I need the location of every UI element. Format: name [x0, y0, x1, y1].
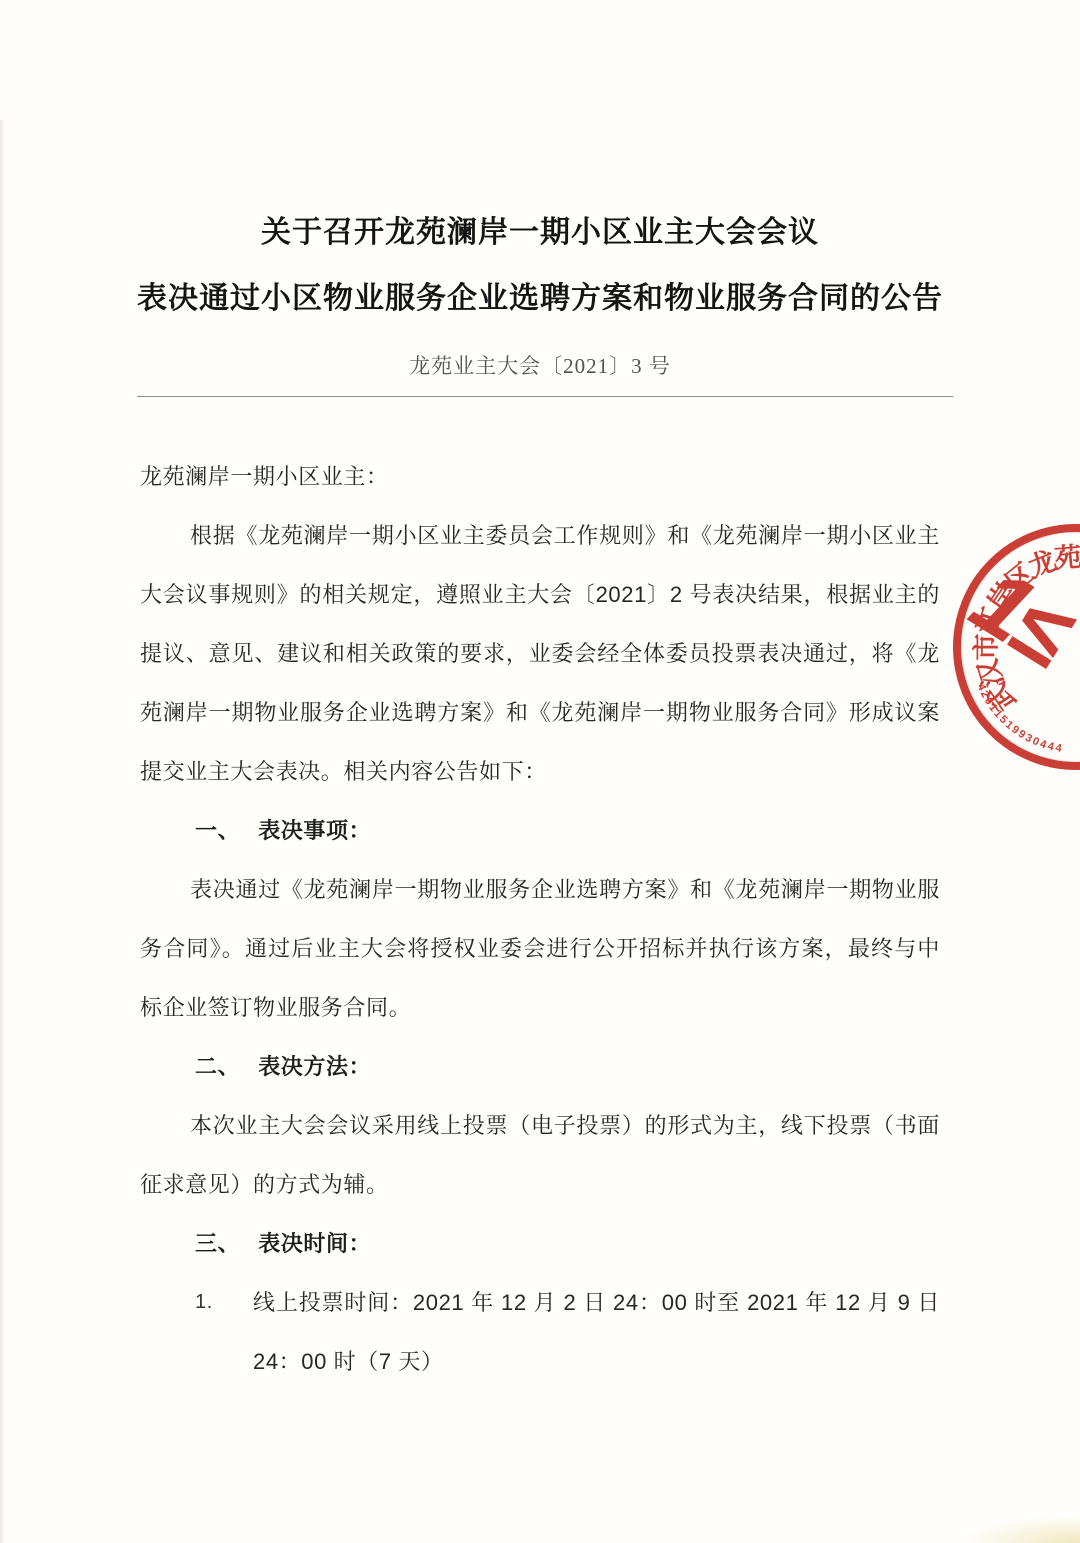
list-item-1-number: 1.: [195, 1273, 253, 1391]
list-item-1: 1. 线上投票时间：2021 年 12 月 2 日 24：00 时至 2021 …: [140, 1273, 940, 1391]
section-heading-3: 三、表决时间：: [140, 1214, 940, 1273]
scanned-notice-page: 关于召开龙苑澜岸一期小区业主大会会议 表决通过小区物业服务企业选聘方案和物业服务…: [0, 0, 1080, 1543]
paragraph-section-1: 表决通过《龙苑澜岸一期物业服务企业选聘方案》和《龙苑澜岸一期物业服务合同》。通过…: [140, 860, 940, 1037]
section-3-number: 三、: [195, 1214, 240, 1273]
paragraph-intro: 根据《龙苑澜岸一期小区业主委员会工作规则》和《龙苑澜岸一期小区业主大会议事规则》…: [140, 506, 940, 801]
document-body: 龙苑澜岸一期小区业主： 根据《龙苑澜岸一期小区业主委员会工作规则》和《龙苑澜岸一…: [140, 447, 940, 1391]
document-title-line2: 表决通过小区物业服务企业选聘方案和物业服务合同的公告: [0, 266, 1080, 332]
section-2-number: 二、: [195, 1037, 240, 1096]
salutation: 龙苑澜岸一期小区业主：: [140, 447, 940, 506]
header-divider: [137, 396, 953, 397]
document-title-line1: 关于召开龙苑澜岸一期小区业主大会会议: [0, 200, 1080, 266]
official-seal: 武汉市江岸区龙苑澜 42011519930444 1≤: [953, 524, 1080, 770]
list-item-1-text: 线上投票时间：2021 年 12 月 2 日 24：00 时至 2021 年 1…: [253, 1273, 940, 1391]
scan-corner-tint: [960, 1515, 1080, 1543]
section-2-title: 表决方法：: [258, 1054, 371, 1079]
document-number: 龙苑业主大会〔2021〕3 号: [0, 350, 1080, 380]
section-1-title: 表决事项：: [258, 818, 371, 843]
section-heading-1: 一、表决事项：: [140, 801, 940, 860]
scan-edge-shadow: [0, 120, 5, 1543]
title-block: 关于召开龙苑澜岸一期小区业主大会会议 表决通过小区物业服务企业选聘方案和物业服务…: [0, 200, 1080, 332]
section-3-title: 表决时间：: [258, 1231, 371, 1256]
section-1-number: 一、: [195, 801, 240, 860]
seal-arc-char: 苑: [1053, 535, 1080, 576]
paragraph-section-2: 本次业主大会会议采用线上投票（电子投票）的形式为主，线下投票（书面征求意见）的方…: [140, 1096, 940, 1214]
section-heading-2: 二、表决方法：: [140, 1037, 940, 1096]
